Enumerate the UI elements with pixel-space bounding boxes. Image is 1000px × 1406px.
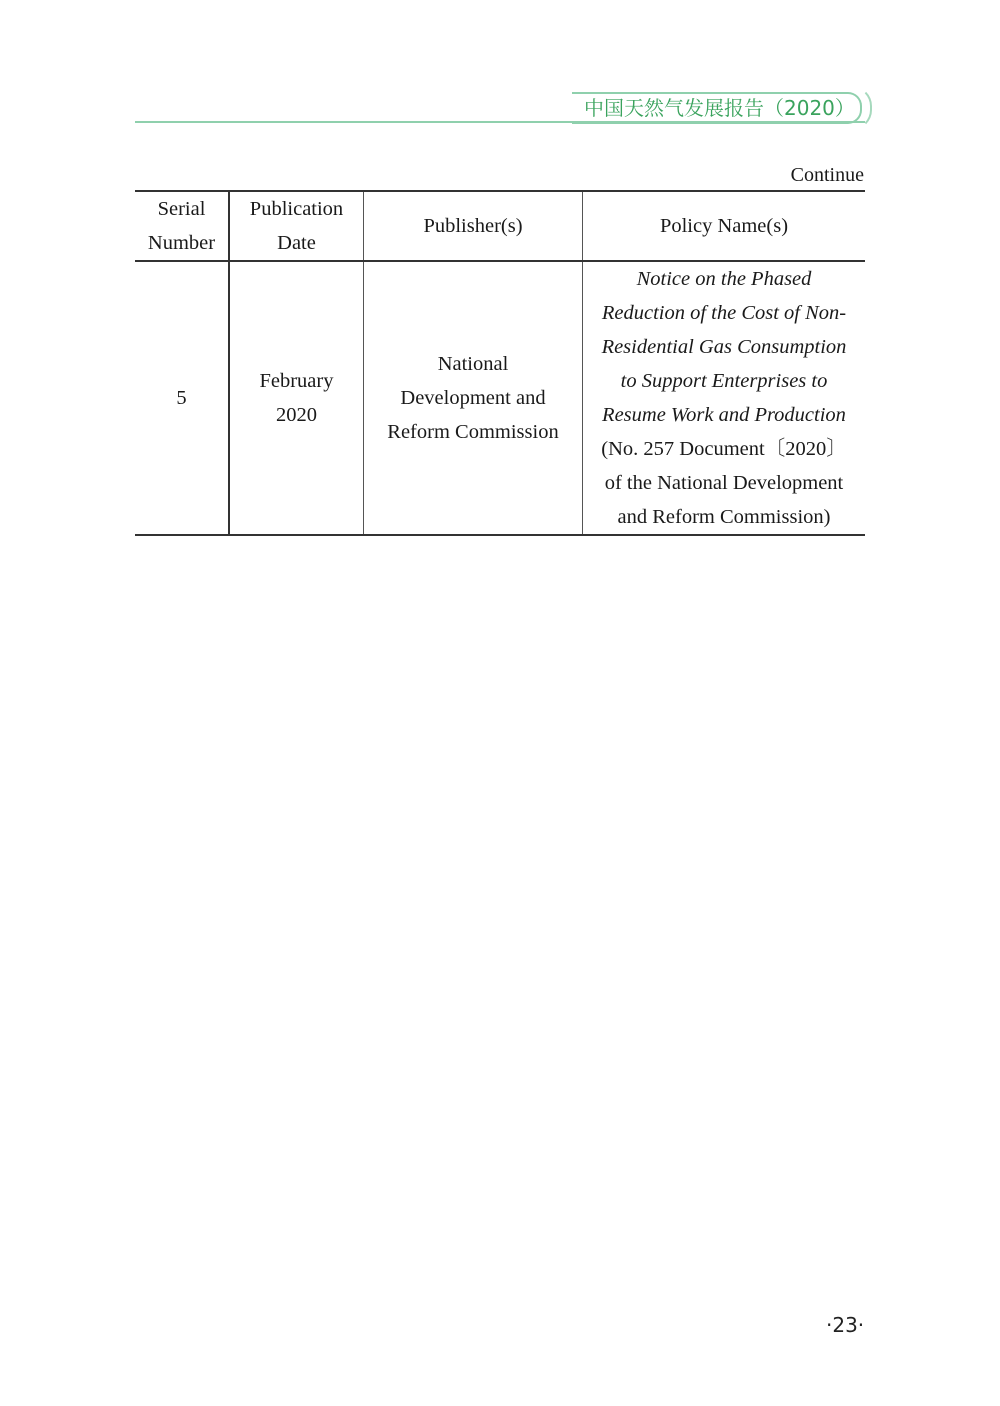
policy-table: Serial Number Publication Date Publisher… bbox=[135, 190, 865, 536]
table-header-row: Serial Number Publication Date Publisher… bbox=[135, 191, 865, 261]
header-serial-number: Serial Number bbox=[135, 191, 229, 261]
header-publishers: Publisher(s) bbox=[364, 191, 583, 261]
policy-title-line: Reduction of the Cost of Non- bbox=[589, 296, 859, 330]
header-arc-decoration bbox=[852, 86, 872, 130]
running-header-title: 中国天然气发展报告（2020） bbox=[584, 94, 855, 122]
policy-document-line: of the National Development bbox=[589, 466, 859, 500]
header-policy-names: Policy Name(s) bbox=[583, 191, 866, 261]
policy-document-line: and Reform Commission) bbox=[589, 500, 859, 534]
table-row: 5 February 2020 National Development and… bbox=[135, 261, 865, 535]
cell-publication-date: February 2020 bbox=[229, 261, 364, 535]
policy-title-line: Resume Work and Production bbox=[589, 398, 859, 432]
cell-serial-number: 5 bbox=[135, 261, 229, 535]
policy-document-line: (No. 257 Document〔2020〕 bbox=[589, 432, 859, 466]
table-continue-label: Continue bbox=[791, 162, 864, 188]
cell-publisher: National Development and Reform Commissi… bbox=[364, 261, 583, 535]
cell-policy-name: Notice on the Phased Reduction of the Co… bbox=[583, 261, 866, 535]
policy-title-line: to Support Enterprises to bbox=[589, 364, 859, 398]
policy-title-line: Notice on the Phased bbox=[589, 262, 859, 296]
policy-title-line: Residential Gas Consumption bbox=[589, 330, 859, 364]
header-publication-date: Publication Date bbox=[229, 191, 364, 261]
page-number: ·23· bbox=[826, 1313, 864, 1337]
